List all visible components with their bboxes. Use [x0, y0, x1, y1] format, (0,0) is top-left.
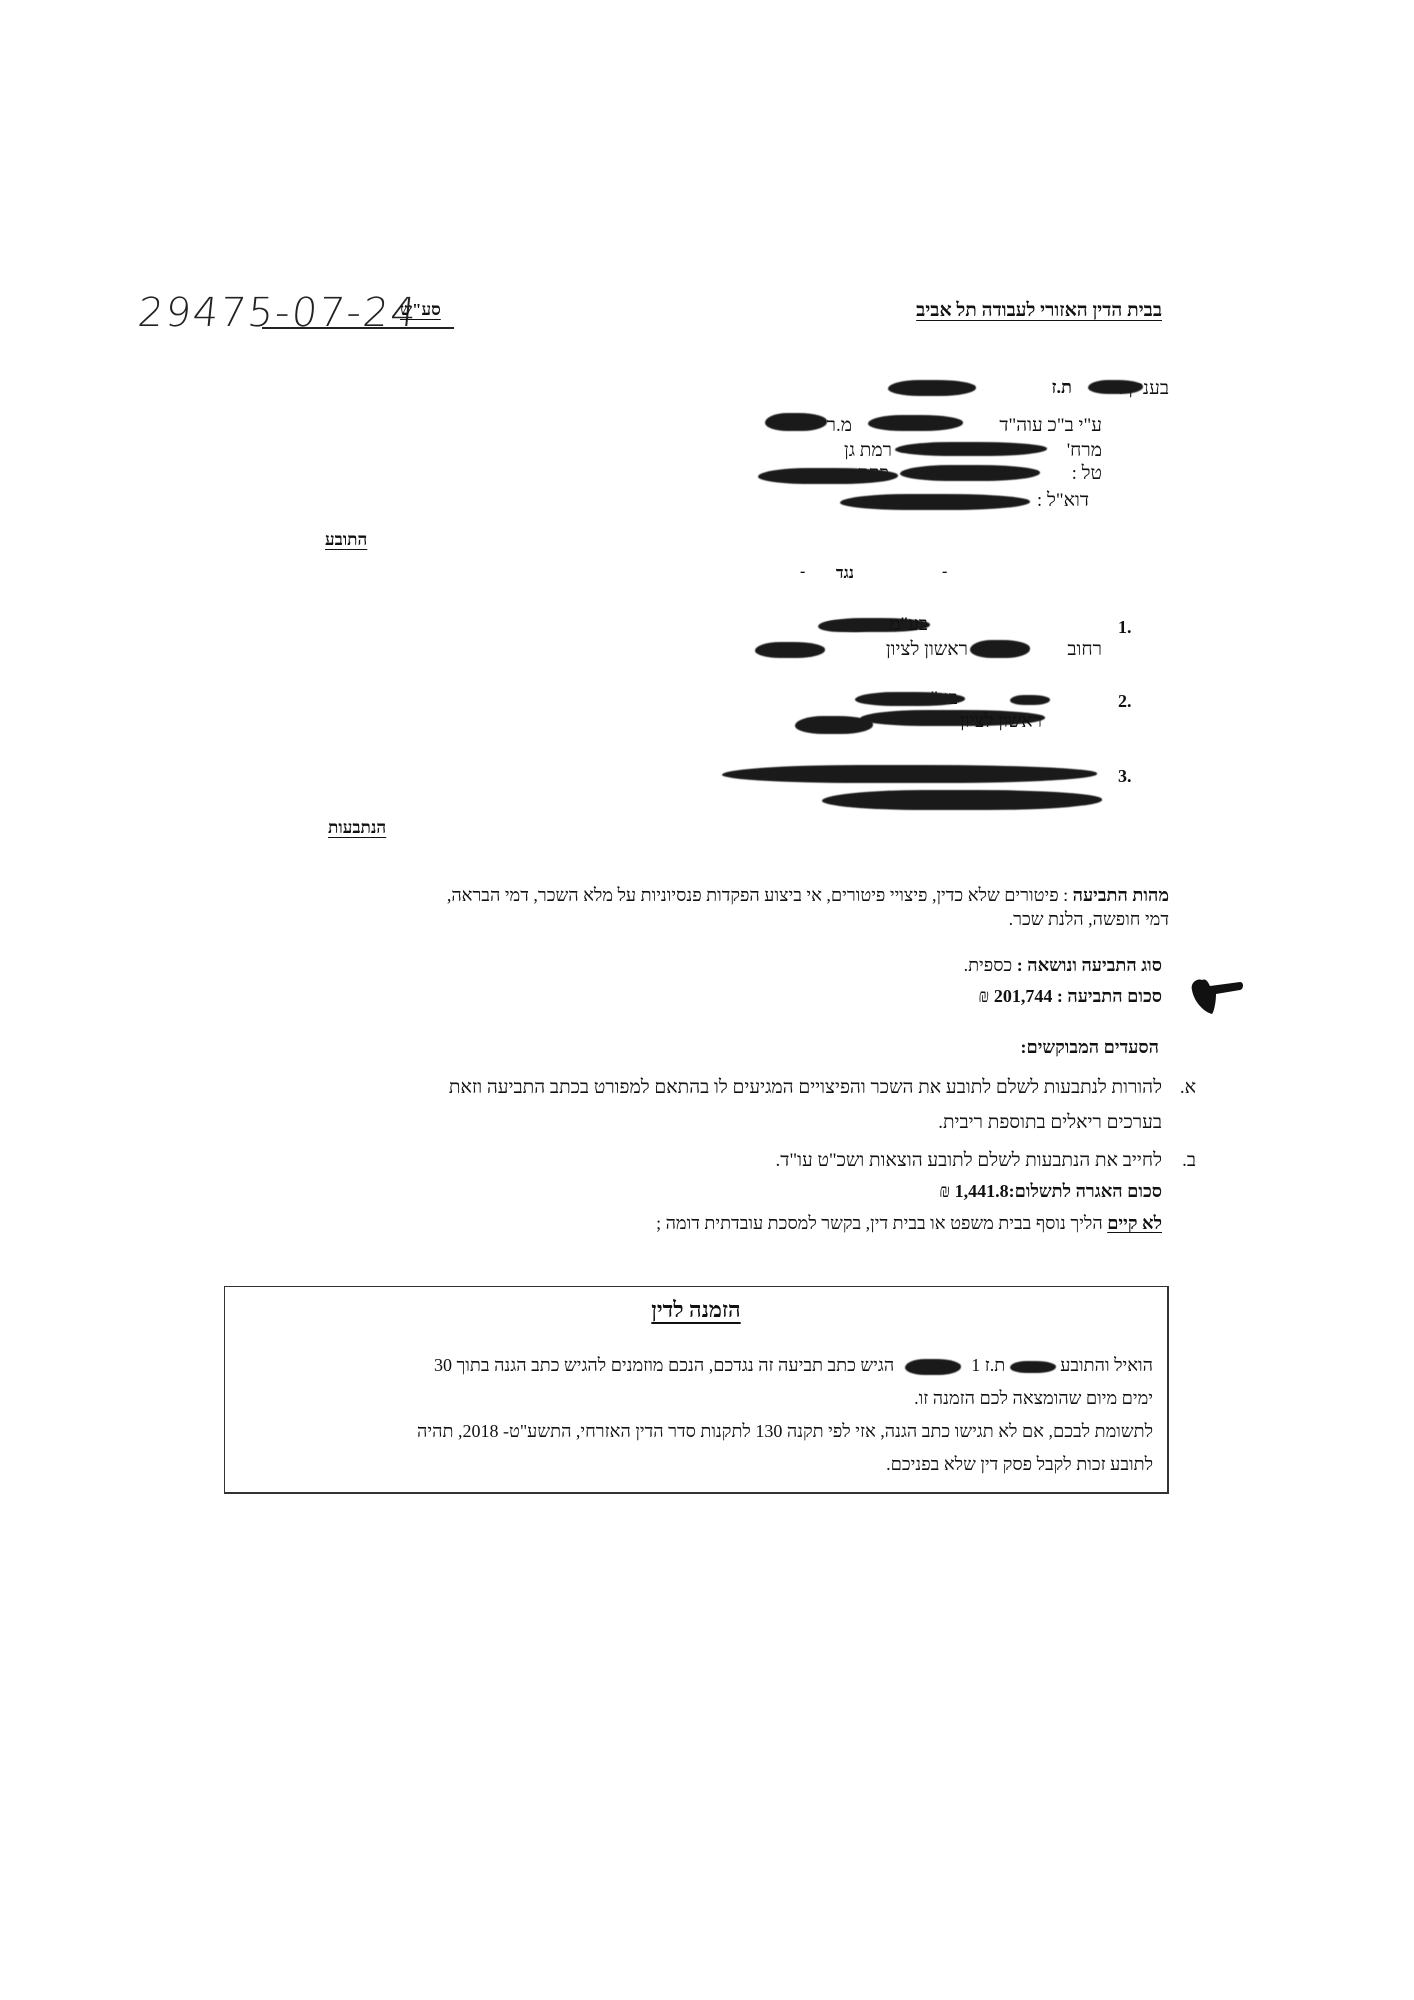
- claim-type-label: סוג התביעה ונושאה :: [1017, 955, 1162, 975]
- street-label: מרח': [1067, 440, 1102, 462]
- redaction: [895, 442, 1047, 456]
- summons-line-3: לתשומת לבכם, אם לא תגישו כתב הגנה, אזי ל…: [417, 1421, 1153, 1442]
- claim-type-value: כספית.: [964, 955, 1013, 975]
- redaction: [1010, 1361, 1056, 1373]
- claim-amount-label: סכום התביעה :: [1057, 986, 1162, 1006]
- summons-line-1: הואיל והתובע ת.ז 1 הגיש כתב תביעה זה נגד…: [434, 1355, 1153, 1376]
- summons-line-4: לתובע זכות לקבל פסק דין שלא בפניכם.: [886, 1454, 1153, 1475]
- defendant-suffix: בע"מ: [889, 614, 928, 636]
- redaction: [888, 380, 976, 396]
- fee-label: סכום האגרה לתשלום:: [1009, 1181, 1162, 1201]
- redaction: [722, 765, 1097, 783]
- email-label: דוא"ל :: [1037, 490, 1089, 512]
- redaction: [795, 716, 873, 734]
- remedy-line: לחייב את הנתבעות לשלם לתובע הוצאות ושכ"ט…: [775, 1150, 1162, 1172]
- city: רמת גן: [844, 440, 892, 462]
- phone-label: טל :: [1072, 463, 1102, 485]
- defendant-number: 2.: [1118, 691, 1132, 712]
- claim-amount-line: סכום התביעה : 201,744 ₪: [978, 986, 1162, 1007]
- redaction: [822, 790, 1102, 810]
- versus-dash: -: [942, 563, 947, 581]
- remedies-label: הסעדים המבוקשים:: [1020, 1037, 1159, 1058]
- summons-text: הואיל והתובע: [1060, 1355, 1153, 1375]
- hand-drawn-arrow-icon: [1186, 972, 1246, 1021]
- defendant-number: 3.: [1118, 766, 1132, 787]
- redaction: [1088, 380, 1143, 394]
- case-number-underline: [262, 327, 454, 329]
- fee-value: 1,441.8: [955, 1181, 1009, 1201]
- redaction: [755, 642, 825, 658]
- claim-nature-label: מהות התביעה: [1073, 885, 1169, 905]
- redaction: [840, 494, 1030, 510]
- summons-text: הגיש כתב תביעה זה נגדכם, הנכם מוזמנים לה…: [434, 1355, 894, 1375]
- claim-amount-value: 201,744: [994, 986, 1053, 1006]
- redaction: [868, 415, 963, 431]
- summons-box: הזמנה לדין הואיל והתובע ת.ז 1 הגיש כתב ת…: [224, 1286, 1169, 1494]
- defendants-role-label: הנתבעות: [328, 818, 386, 838]
- related-proceeding-negation: לא קיים: [1107, 1213, 1162, 1233]
- remedy-line: להורות לנתבעות לשלם לתובע את השכר והפיצו…: [449, 1077, 1162, 1099]
- redaction: [905, 1359, 961, 1375]
- redaction: [855, 692, 965, 706]
- redaction: [1010, 695, 1050, 705]
- claim-nature-line2: דמי חופשה, הלנת שכר.: [1009, 909, 1169, 930]
- license-label: מ.ר: [827, 415, 852, 437]
- counsel-line: ע"י ב"כ עוה"ד: [999, 415, 1102, 437]
- case-prefix: סע"ש: [400, 300, 441, 320]
- summons-line-2: ימים מיום שהומצאה לכם הזמנה זו.: [914, 1388, 1153, 1409]
- remedy-marker: א.: [1180, 1077, 1196, 1099]
- redaction: [900, 465, 1040, 481]
- claim-nature-text: : פיטורים שלא כדין, פיצויי פיטורים, אי ב…: [447, 885, 1068, 905]
- redaction: [818, 620, 878, 632]
- defendant-city: ראשון לציון: [886, 639, 968, 661]
- remedy-line: בערכים ריאלים בתוספת ריבית.: [938, 1112, 1162, 1134]
- summons-title: הזמנה לדין: [225, 1297, 1167, 1323]
- remedy-marker: ב.: [1182, 1150, 1196, 1172]
- redaction: [765, 413, 827, 431]
- defendant-city: ראשון לציון: [960, 711, 1042, 733]
- redaction: [758, 468, 898, 484]
- claim-type-line: סוג התביעה ונושאה : כספית.: [964, 955, 1162, 976]
- claim-document-page: בבית הדין האזורי לעבודה תל אביב 29475-07…: [0, 0, 1414, 2000]
- case-number-handwritten: 29475-07-24: [136, 290, 421, 336]
- court-name: בבית הדין האזורי לעבודה תל אביב: [916, 300, 1162, 322]
- summons-id-label: ת.ז 1: [971, 1355, 1005, 1375]
- related-proceeding-line: לא קיים הליך נוסף בבית משפט או בבית דין,…: [656, 1213, 1162, 1234]
- defendant-street-label: רחוב: [1067, 639, 1102, 661]
- versus-label: נגד: [836, 565, 854, 583]
- fee-line: סכום האגרה לתשלום:1,441.8 ₪: [939, 1181, 1162, 1202]
- plaintiff-role-label: התובע: [325, 530, 367, 550]
- related-proceeding-text: הליך נוסף בבית משפט או בבית דין, בקשר למ…: [656, 1213, 1103, 1233]
- defendant-number: 1.: [1118, 617, 1132, 638]
- versus-dash: -: [800, 563, 805, 581]
- currency-symbol: ₪: [939, 1181, 950, 1201]
- currency-symbol: ₪: [978, 986, 989, 1006]
- claim-nature-line1: מהות התביעה : פיטורים שלא כדין, פיצויי פ…: [447, 885, 1169, 906]
- redaction: [970, 640, 1030, 658]
- id-label: ת.ז: [1052, 377, 1073, 398]
